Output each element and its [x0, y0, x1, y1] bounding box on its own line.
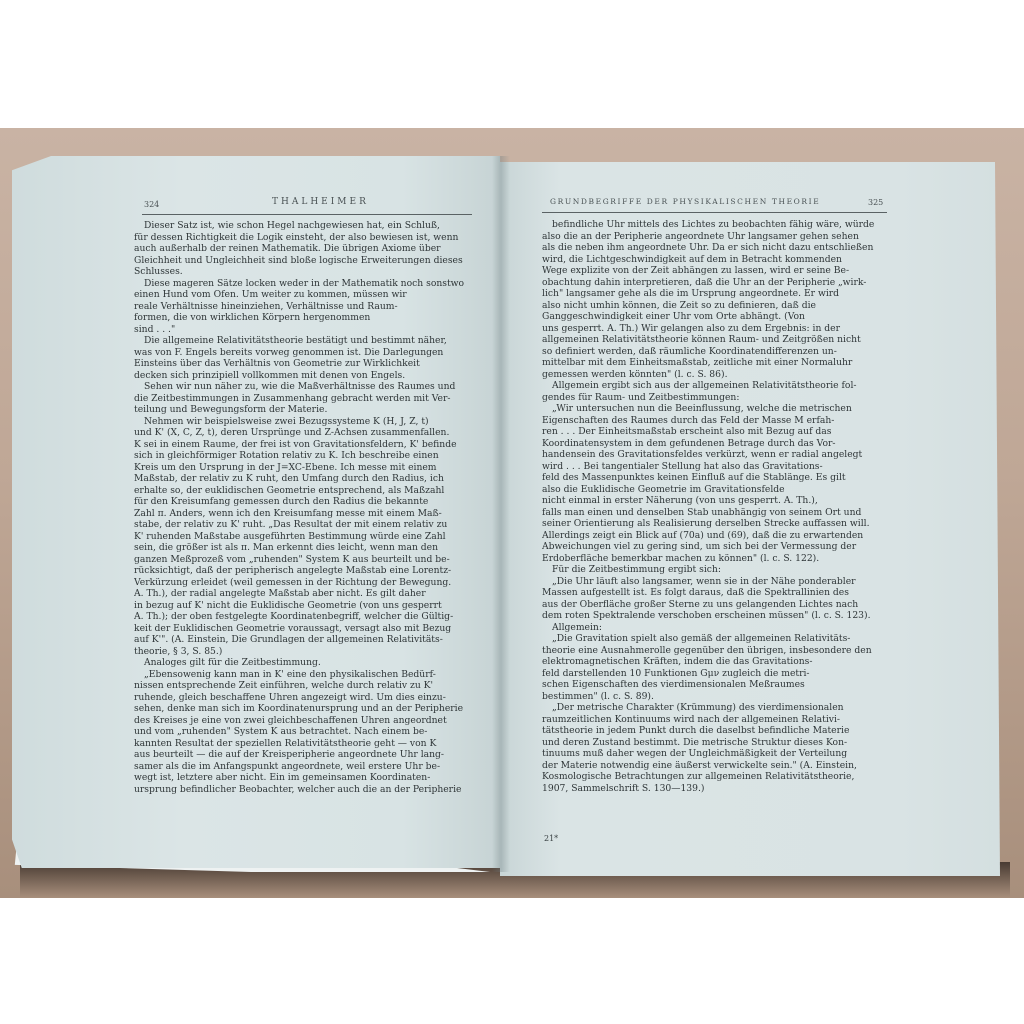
text-line: Diese mageren Sätze locken weder in der …	[134, 278, 474, 290]
text-line: Allgemein ergibt sich aus der allgemeine…	[542, 380, 892, 392]
text-line: stabe, der relativ zu K' ruht. „Das Resu…	[134, 519, 474, 531]
text-line: Wege explizite von der Zeit abhängen zu …	[542, 265, 892, 277]
text-line: für den Kreisumfang gemessen durch den R…	[134, 496, 474, 508]
running-head-right: GRUNDBEGRIFFE DER PHYSIKALISCHEN THEORIE	[550, 197, 820, 206]
text-line: und deren Zustand bestimmt. Die metrisch…	[542, 737, 892, 749]
text-line: Allgemein:	[542, 622, 892, 634]
text-line: decken sich prinzipiell vollkommen mit d…	[134, 370, 474, 382]
text-line: tinuums muß daher wegen der Ungleichmäßi…	[542, 748, 892, 760]
text-line: lich" langsamer gehe als die im Ursprung…	[542, 288, 892, 300]
text-line: Koordinatensystem in dem gefundenen Betr…	[542, 438, 892, 450]
text-line: nissen entsprechende Zeit einführen, wel…	[134, 680, 474, 692]
text-line: Erdoberfläche bemerkbar machen zu können…	[542, 553, 892, 565]
text-line: also die Euklidische Geometrie im Gravit…	[542, 484, 892, 496]
text-line: Nehmen wir beispielsweise zwei Bezugssys…	[134, 416, 474, 428]
text-line: reale Verhältnisse hineinziehen, Verhält…	[134, 301, 474, 313]
text-line: aus der Oberfläche großer Sterne zu uns …	[542, 599, 892, 611]
text-line: Zahl π. Anders, wenn ich den Kreisumfang…	[134, 508, 474, 520]
text-line: Sehen wir nun näher zu, wie die Maßverhä…	[134, 381, 474, 393]
text-line: befindliche Uhr mittels des Lichtes zu b…	[542, 219, 892, 231]
text-line: und vom „ruhenden" System K aus betracht…	[134, 726, 474, 738]
text-line: teilung und Bewegungsform der Materie.	[134, 404, 474, 416]
page-number-left: 324	[144, 200, 159, 209]
text-line: wird, die Lichtgeschwindigkeit auf dem i…	[542, 254, 892, 266]
text-line: formen, die von wirklichen Körpern herge…	[134, 312, 474, 324]
text-line: uns gesperrt. A. Th.) Wir gelangen also …	[542, 323, 892, 335]
text-line: Einsteins über das Verhältnis von Geomet…	[134, 358, 474, 370]
text-line: des Kreises je eine von zwei gleichbesch…	[134, 715, 474, 727]
text-line: kannten Resultat der speziellen Relativi…	[134, 738, 474, 750]
text-line: ruhende, gleich beschaffene Uhren angeze…	[134, 692, 474, 704]
text-line: der Materie notwendig eine äußerst verwi…	[542, 760, 892, 772]
text-line: keit der Euklidischen Geometrie voraussa…	[134, 623, 474, 635]
text-line: ursprung befindlicher Beobachter, welche…	[134, 784, 474, 796]
text-line: „Ebensowenig kann man in K' eine den phy…	[134, 669, 474, 681]
text-line: Eigenschaften des Raumes durch das Feld …	[542, 415, 892, 427]
text-line: ren . . . Der Einheitsmaßstab erscheint …	[542, 426, 892, 438]
text-line: handensein des Gravitationsfeldes verkür…	[542, 449, 892, 461]
text-line: wegt ist, letztere aber nicht. Ein im ge…	[134, 772, 474, 784]
right-page: GRUNDBEGRIFFE DER PHYSIKALISCHEN THEORIE…	[500, 162, 1000, 876]
text-line: A. Th.), der radial angelegte Maßstab ab…	[134, 588, 474, 600]
text-line: Schlusses.	[134, 266, 474, 278]
text-line: Maßstab, der relativ zu K ruht, den Umfa…	[134, 473, 474, 485]
text-line: einen Hund vom Ofen. Um weiter zu kommen…	[134, 289, 474, 301]
text-line: raumzeitlichen Kontinuums wird nach der …	[542, 714, 892, 726]
text-line: Dieser Satz ist, wie schon Hegel nachgew…	[134, 220, 474, 232]
text-line: obachtung dahin interpretieren, daß die …	[542, 277, 892, 289]
text-line: für dessen Richtigkeit die Logik einsteh…	[134, 232, 474, 244]
text-line: sind . . ."	[134, 324, 474, 336]
text-line: erhalte so, der euklidischen Geometrie e…	[134, 485, 474, 497]
text-line: sich in gleichförmiger Rotation relativ …	[134, 450, 474, 462]
left-page-text: Dieser Satz ist, wie schon Hegel nachgew…	[134, 220, 474, 795]
text-line: elektromagnetischen Kräften, indem die d…	[542, 656, 892, 668]
text-line: gendes für Raum- und Zeitbestimmungen:	[542, 392, 892, 404]
text-line: seiner Orientierung als Realisierung der…	[542, 518, 892, 530]
page-number-right: 325	[868, 198, 883, 207]
left-page: 324 THALHEIMER Dieser Satz ist, wie scho…	[12, 156, 500, 868]
text-line: schen Eigenschaften des vierdimensionale…	[542, 679, 892, 691]
text-line: Allerdings zeigt ein Blick auf (70a) und…	[542, 530, 892, 542]
text-line: als die neben ihm angeordnete Uhr. Da er…	[542, 242, 892, 254]
text-line: aus beurteilt — die auf der Kreisperiphe…	[134, 749, 474, 761]
text-line: mittelbar mit dem Einheitsmaßstab, zeitl…	[542, 357, 892, 369]
text-line: Kosmologische Betrachtungen zur allgemei…	[542, 771, 892, 783]
text-line: auch außerhalb der reinen Mathematik. Di…	[134, 243, 474, 255]
text-line: Verkürzung erleidet (weil gemessen in de…	[134, 577, 474, 589]
running-head-left: THALHEIMER	[272, 197, 369, 207]
text-line: was von F. Engels bereits vorweg genomme…	[134, 347, 474, 359]
text-line: Abweichungen viel zu gering sind, um sic…	[542, 541, 892, 553]
text-line: dem roten Spektralende verschoben ersche…	[542, 610, 892, 622]
text-line: die Zeitbestimmungen in Zusammenhang geb…	[134, 393, 474, 405]
header-rule-left	[142, 214, 472, 215]
signature-mark: 21*	[544, 834, 558, 843]
text-line: 1907, Sammelschrift S. 130—139.)	[542, 783, 892, 795]
text-line: auf K'". (A. Einstein, Die Grundlagen de…	[134, 634, 474, 646]
text-line: wird . . . Bei tangentialer Stellung hat…	[542, 461, 892, 473]
text-line: K' ruhenden Maßstabe ausgeführten Bestim…	[134, 531, 474, 543]
text-line: bestimmen" (l. c. S. 89).	[542, 691, 892, 703]
text-line: also die an der Peripherie angeordnete U…	[542, 231, 892, 243]
text-line: allgemeinen Relativitätstheorie können R…	[542, 334, 892, 346]
text-line: nicht einmal in erster Näherung (von uns…	[542, 495, 892, 507]
text-line: K sei in einem Raume, der frei ist von G…	[134, 439, 474, 451]
text-line: in bezug auf K' nicht die Euklidische Ge…	[134, 600, 474, 612]
book-gutter	[492, 156, 510, 872]
text-line: falls man einen und denselben Stab unabh…	[542, 507, 892, 519]
text-line: Analoges gilt für die Zeitbestimmung.	[134, 657, 474, 669]
text-line: ganzen Meßprozeß vom „ruhenden" System K…	[134, 554, 474, 566]
text-line: A. Th.); der oben festgelegte Koordinate…	[134, 611, 474, 623]
text-line: also nicht umhin können, die Zeit so zu …	[542, 300, 892, 312]
header-rule-right	[542, 212, 887, 213]
text-line: samer als die im Anfangspunkt angeordnet…	[134, 761, 474, 773]
text-line: theorie eine Ausnahmerolle gegenüber den…	[542, 645, 892, 657]
text-line: feld des Massenpunktes keinen Einfluß au…	[542, 472, 892, 484]
text-line: „Die Gravitation spielt also gemäß der a…	[542, 633, 892, 645]
text-line: Massen aufgestellt ist. Es folgt daraus,…	[542, 587, 892, 599]
text-line: Die allgemeine Relativitätstheorie bestä…	[134, 335, 474, 347]
text-line: sein, die größer ist als π. Man erkennt …	[134, 542, 474, 554]
text-line: tätstheorie in jedem Punkt durch die das…	[542, 725, 892, 737]
text-line: Gleichheit und Ungleichheit sind bloße l…	[134, 255, 474, 267]
text-line: feld darstellenden 10 Funktionen Gμν zug…	[542, 668, 892, 680]
text-line: gemessen werden könnten" (l. c. S. 86).	[542, 369, 892, 381]
right-page-text: befindliche Uhr mittels des Lichtes zu b…	[542, 219, 892, 794]
text-line: „Wir untersuchen nun die Beeinflussung, …	[542, 403, 892, 415]
text-line: Ganggeschwindigkeit einer Uhr vom Orte a…	[542, 311, 892, 323]
text-line: so definiert werden, daß räumliche Koord…	[542, 346, 892, 358]
text-line: und K' (X, C, Z, t), deren Ursprünge und…	[134, 427, 474, 439]
text-line: Kreis um den Ursprung in der J=XC-Ebene.…	[134, 462, 474, 474]
text-line: „Der metrische Charakter (Krümmung) des …	[542, 702, 892, 714]
text-line: rücksichtigt, daß der peripherisch angel…	[134, 565, 474, 577]
text-line: theorie, § 3, S. 85.)	[134, 646, 474, 658]
text-line: Für die Zeitbestimmung ergibt sich:	[542, 564, 892, 576]
text-line: „Die Uhr läuft also langsamer, wenn sie …	[542, 576, 892, 588]
text-line: sehen, denke man sich im Koordinatenursp…	[134, 703, 474, 715]
